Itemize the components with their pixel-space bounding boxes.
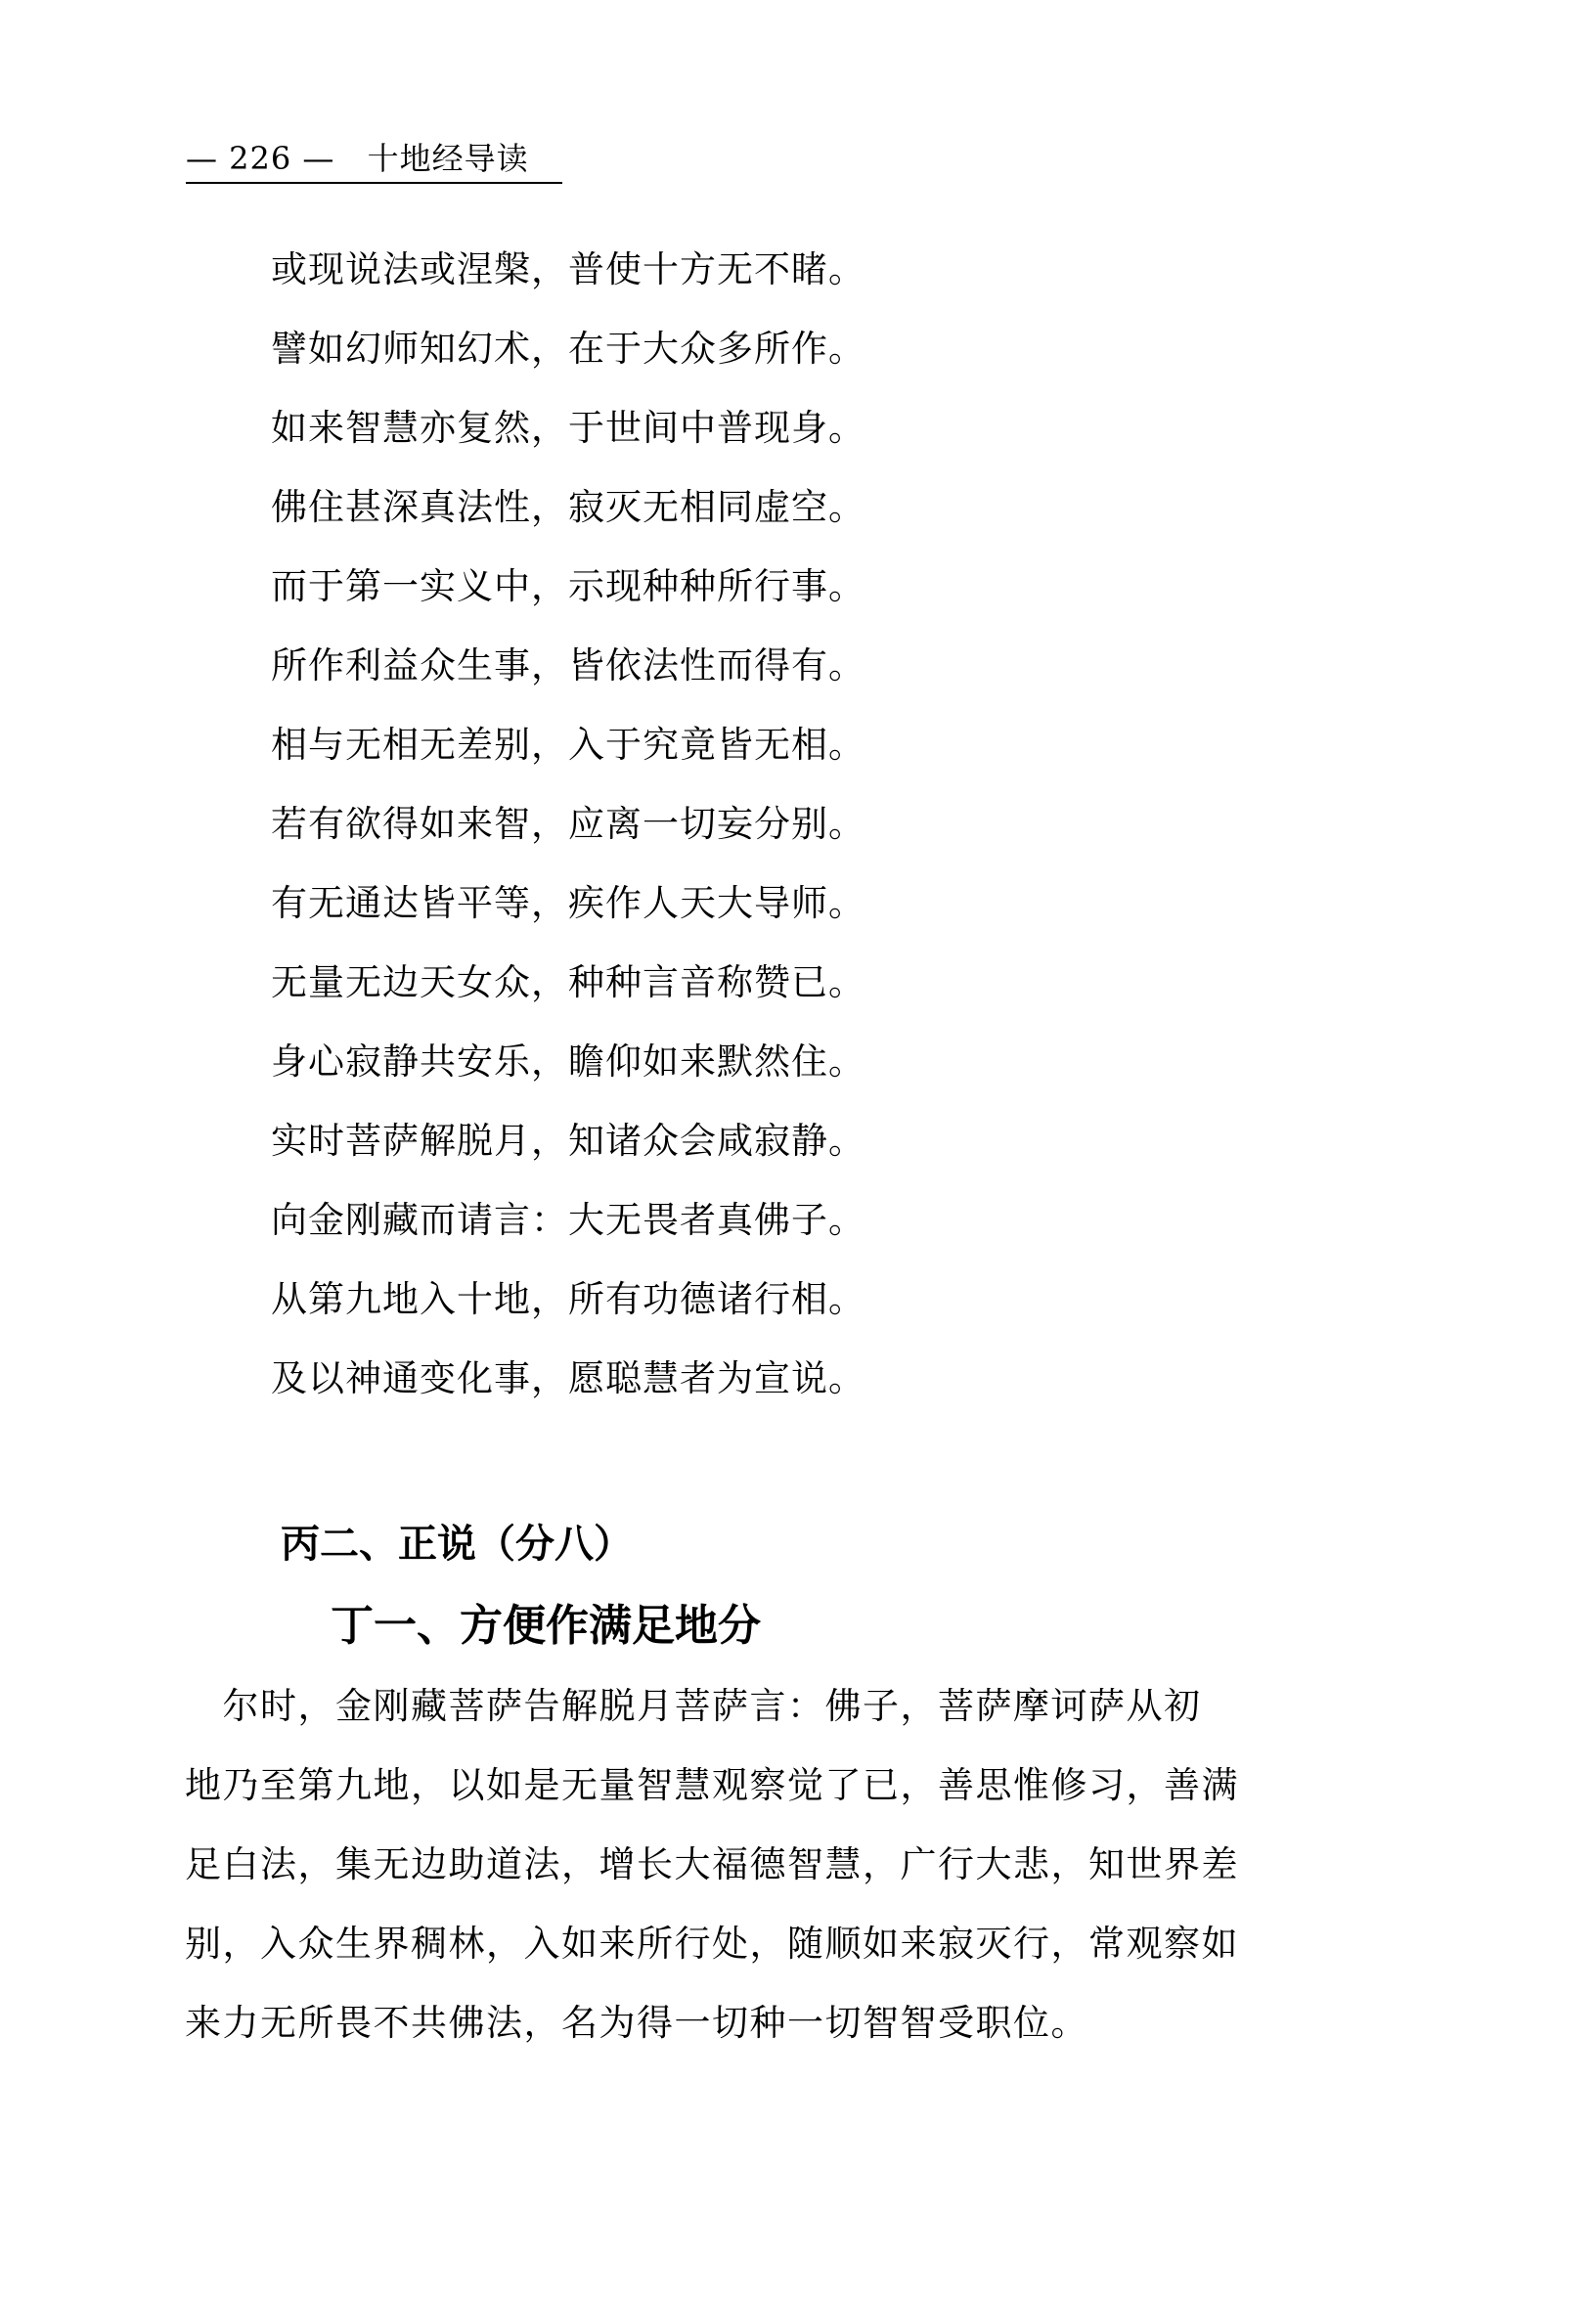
verse-line: 佛住甚深真法性，寂灭无相同虚空。 [271, 483, 865, 532]
verse-line: 所作利益众生事，皆依法性而得有。 [271, 642, 865, 690]
running-header: — 226 — 十地经导读 [186, 137, 562, 184]
verse-line: 若有欲得如来智，应离一切妄分别。 [271, 800, 865, 849]
verse-line: 譬如幻师知幻术，在于大众多所作。 [271, 325, 865, 374]
book-title: 十地经导读 [368, 137, 529, 180]
verse-line: 或现说法或涅槃，普使十方无不睹。 [271, 245, 865, 294]
verse-line: 及以神通变化事，愿聪慧者为宣说。 [271, 1354, 865, 1403]
paragraph-line: 足白法，集无边助道法，增长大福德智慧，广行大悲，知世界差 [185, 1840, 1402, 1889]
paragraph-line: 别，入众生界稠林，入如来所行处，随顺如来寂灭行，常观察如 [185, 1920, 1402, 1969]
paragraph-line: 尔时，金刚藏菩萨告解脱月菩萨言：佛子，菩萨摩诃萨从初 [185, 1682, 1402, 1731]
paragraph-line: 来力无所畏不共佛法，名为得一切种一切智智受职位。 [185, 1999, 1402, 2048]
verse-line: 相与无相无差别，入于究竟皆无相。 [271, 721, 865, 770]
verse-line: 从第九地入十地，所有功德诸行相。 [271, 1275, 865, 1324]
subsection-heading: 丁一、方便作满足地分 [331, 1598, 761, 1655]
verse-line: 身心寂静共安乐，瞻仰如来默然住。 [271, 1038, 865, 1086]
verse-line: 向金刚藏而请言：大无畏者真佛子。 [271, 1196, 865, 1245]
verse-line: 有无通达皆平等，疾作人天大导师。 [271, 879, 865, 928]
verse-line: 而于第一实义中，示现种种所行事。 [271, 562, 865, 611]
verse-line: 实时菩萨解脱月，知诸众会咸寂静。 [271, 1117, 865, 1166]
verse-line: 无量无边天女众，种种言音称赞已。 [271, 958, 865, 1007]
section-heading: 丙二、正说（分八） [281, 1518, 633, 1571]
verse-line: 如来智慧亦复然，于世间中普现身。 [271, 404, 865, 453]
page-number: — 226 — [186, 137, 334, 180]
paragraph-line: 地乃至第九地，以如是无量智慧观察觉了已，善思惟修习，善满 [185, 1761, 1402, 1810]
